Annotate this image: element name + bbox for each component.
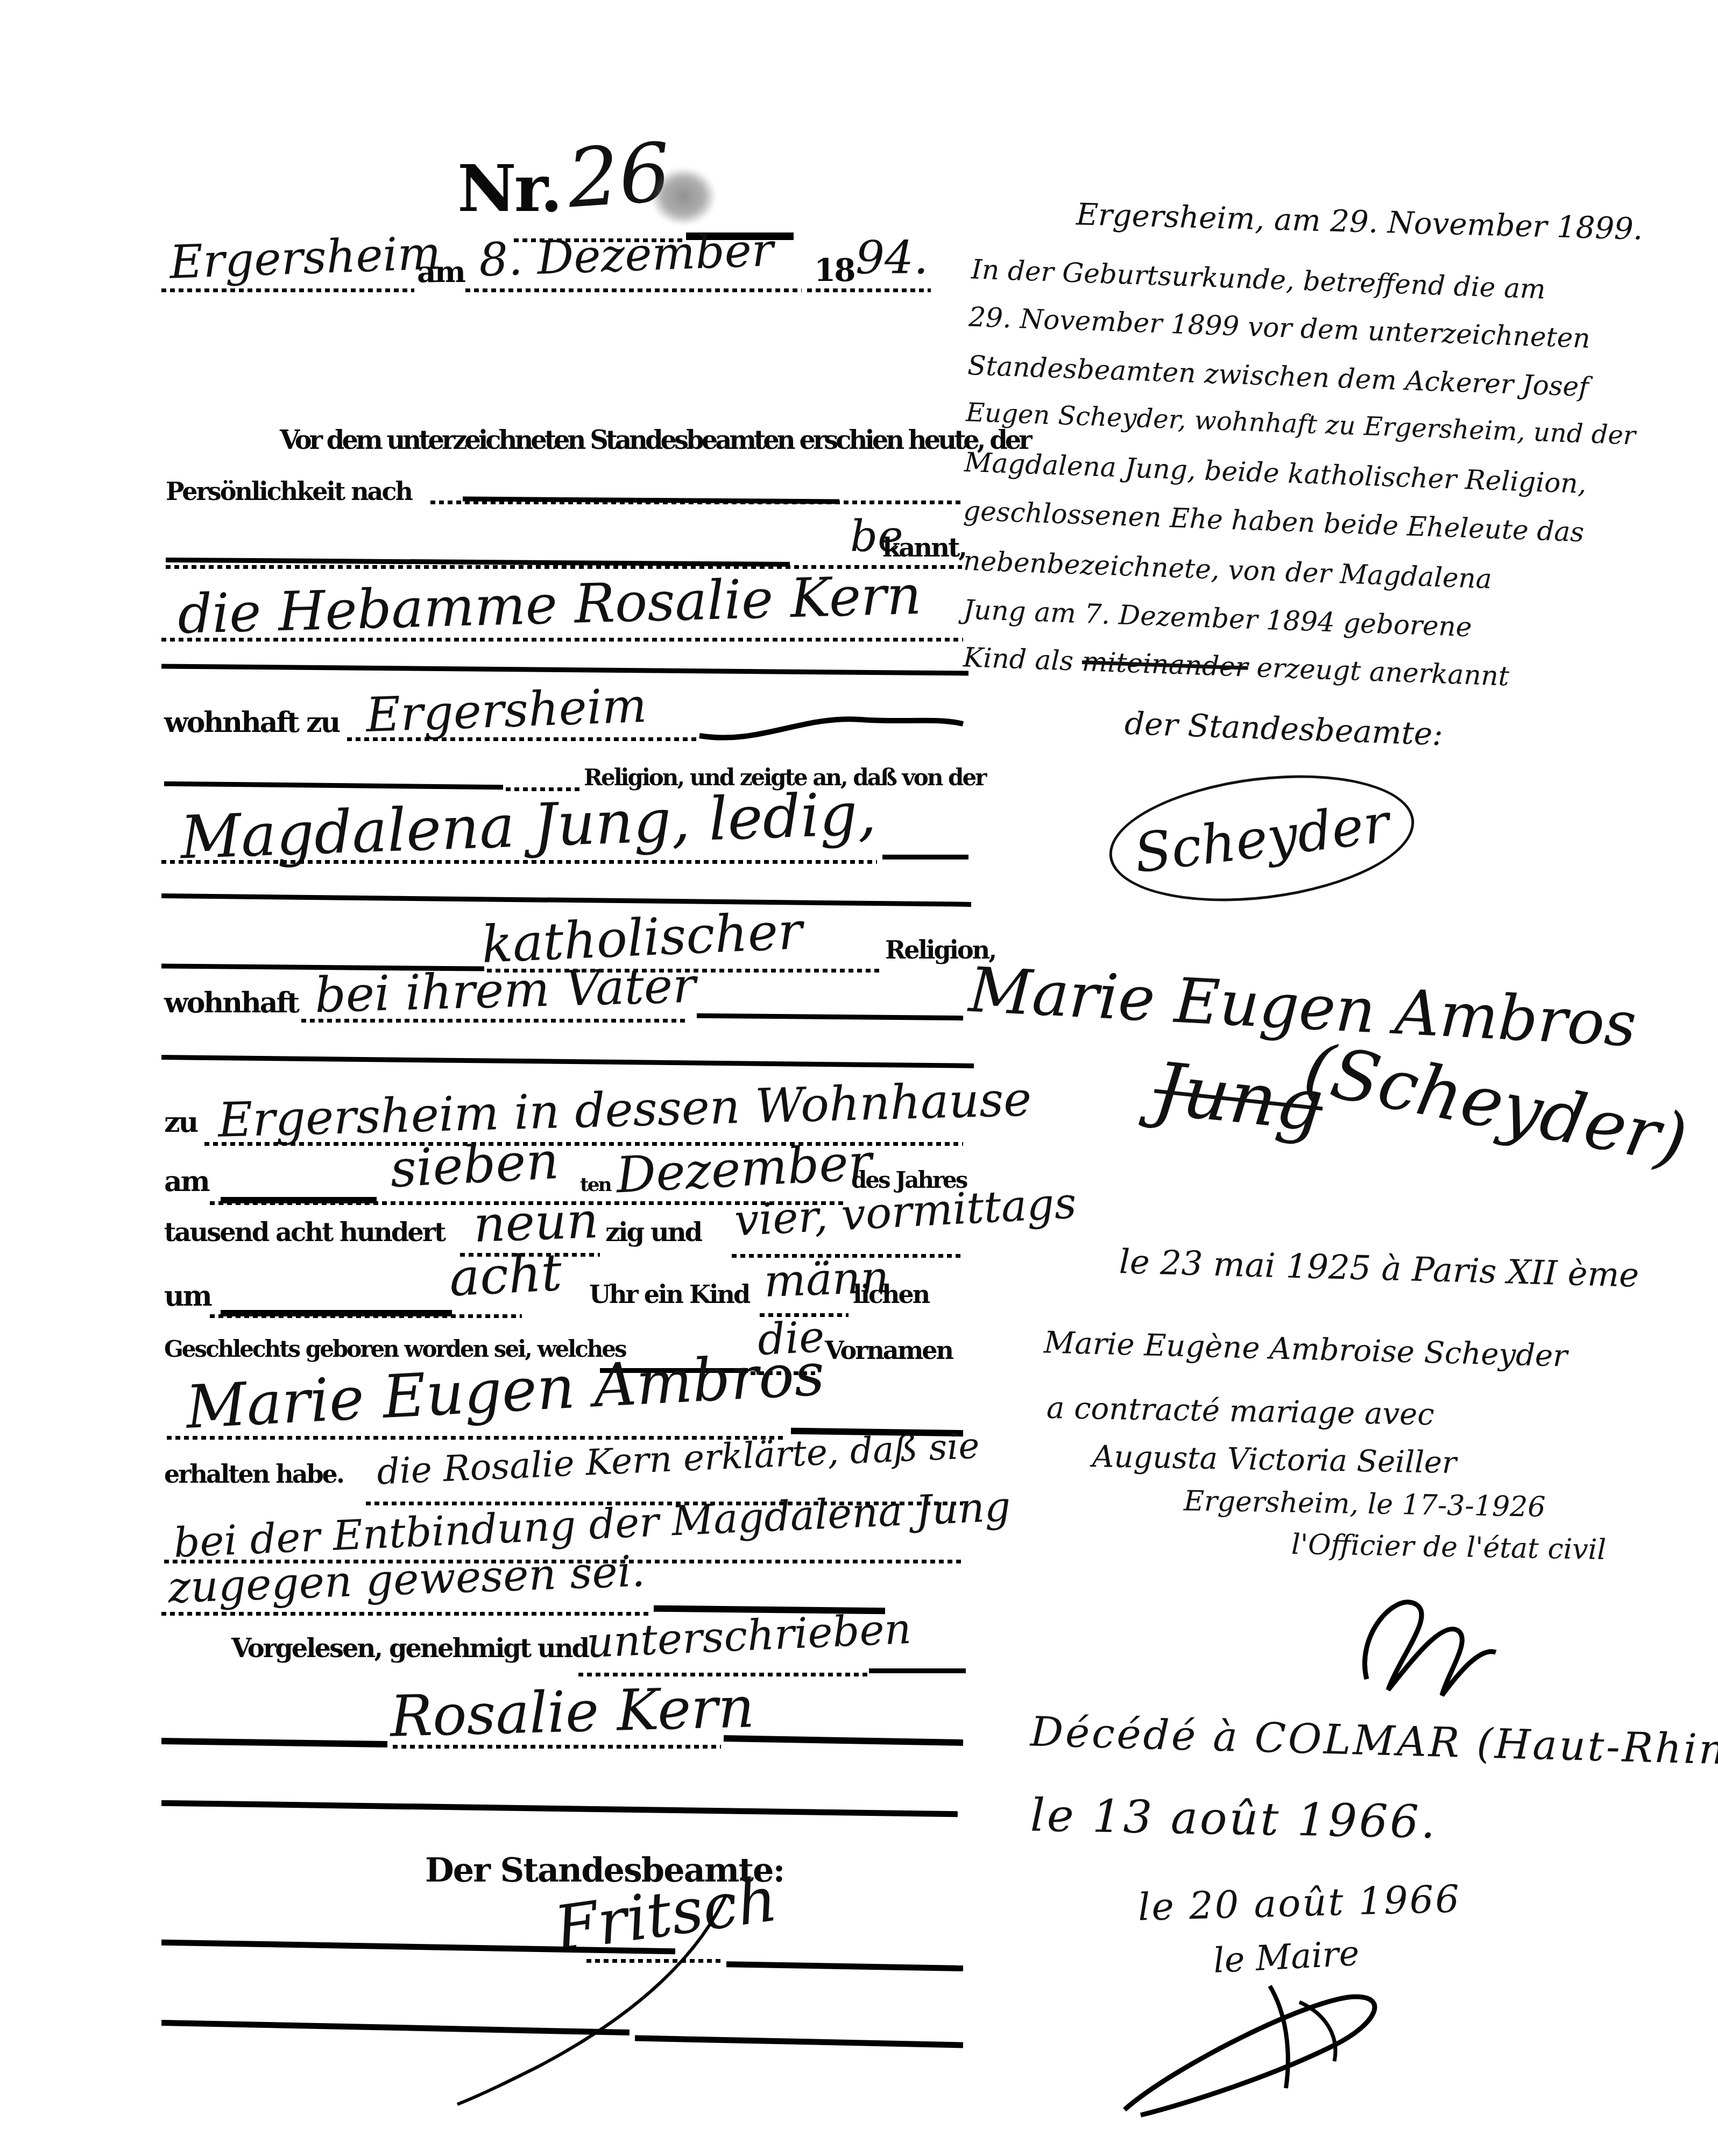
tausend-printed: tausend acht hundert: [164, 1217, 444, 1248]
margin-note-line-8: nebenbezeichnete, von der Magdalena: [963, 545, 1492, 595]
zu-label: zu: [164, 1106, 197, 1139]
vornamen-printed: Vornamen: [825, 1336, 952, 1365]
margin-note-line-9: Jung am 7. Dezember 1894 geborene: [963, 594, 1472, 643]
birth-record-page: Nr. 26 Ergersheim am 8. Dezember 18 94. …: [0, 0, 1718, 2156]
margin-note-line-7: geschlossenen Ehe haben beide Eheleute d…: [963, 495, 1585, 548]
hour-solid-line: [221, 1310, 452, 1316]
empty-line-3: [161, 1055, 974, 1068]
empty-line-1: [161, 664, 968, 675]
erhalten-habe-printed: erhalten habe.: [164, 1460, 343, 1489]
hour-handwritten: acht: [448, 1243, 563, 1308]
scheyder-signature-oval: Scheyder: [1102, 759, 1421, 917]
year-printed: 18: [814, 252, 854, 288]
margin-note-line-4: Standesbeamten zwischen dem Ackerer Jose…: [967, 350, 1589, 403]
am2-label: am: [164, 1165, 209, 1198]
margin-note-line-1: Ergersheim, am 29. November 1899.: [1076, 197, 1643, 247]
residence-dotted-line: [347, 737, 697, 741]
officier-signature-flourish: [1334, 1572, 1507, 1711]
scheyder-signature: Scheyder: [1131, 791, 1392, 885]
kern-dotted-line: [393, 1745, 721, 1749]
fritsch-signature-tail: [447, 1873, 769, 2115]
death-note-line-1: Décédé à COLMAR (Haut-Rhin): [1030, 1708, 1718, 1774]
registrar-line-1-dotted: [586, 1959, 721, 1963]
margin-note-line-5: Eugen Scheyder, wohnhaft zu Ergersheim, …: [965, 397, 1636, 450]
maire-signature-flourish: [1108, 1964, 1410, 2126]
declarant-handwritten: die Hebamme Rosalie Kern: [177, 563, 922, 646]
marriage-note-line-1: le 23 mai 1925 à Paris XII ème: [1119, 1242, 1639, 1294]
witness-handwritten-1: die Rosalie Kern erklärte, daß sie: [376, 1425, 980, 1493]
marriage-note-line-5: Ergersheim, le 17-3-1926: [1184, 1485, 1546, 1524]
kern-solid-line-right: [724, 1735, 963, 1746]
religion-heavy-line: [164, 781, 503, 790]
margin-note-line-3: 29. November 1899 vor dem unterzeichnete…: [968, 301, 1590, 354]
intro-line: Vor dem unterzeichneten Standesbeamten e…: [280, 425, 1030, 455]
annotation-child-name: Marie Eugen Ambros: [967, 954, 1638, 1061]
death-note-line-3: le 20 août 1966: [1137, 1877, 1461, 1929]
lichen-printed: lichen: [853, 1280, 929, 1309]
kern-solid-line-left: [161, 1738, 387, 1748]
declarant-dotted-line: [161, 638, 963, 642]
residence-handwritten: Ergersheim: [365, 678, 648, 743]
anerkannt-text: erzeugt anerkannt: [1256, 652, 1509, 692]
year-dotted-line: [807, 288, 931, 292]
date-dotted-line: [465, 288, 802, 292]
margin-registrar-label: der Standesbeamte:: [1124, 705, 1444, 753]
kern-signature: Rosalie Kern: [390, 1674, 755, 1750]
uhr-ein-kind-printed: Uhr ein Kind: [589, 1280, 749, 1309]
witness-dotted-line-3: [161, 1612, 651, 1616]
identity-dotted-line: [430, 501, 963, 504]
marriage-note-line-2: Marie Eugène Ambroise Scheyder: [1043, 1325, 1567, 1373]
margin-note-line-6: Magdalena Jung, beide katholischer Relig…: [964, 447, 1587, 499]
marriage-note-line-3: a contracté mariage avec: [1046, 1391, 1434, 1433]
margin-note-line-2: In der Geburtsurkunde, betreffend die am: [971, 253, 1546, 305]
marriage-note-line-6: l'Officier de l'état civil: [1291, 1528, 1607, 1566]
vorgelesen-printed: Vorgelesen, genehmigt und: [231, 1633, 588, 1664]
marriage-note-line-4: Augusta Victoria Seiller: [1092, 1439, 1457, 1481]
date-handwritten: 8. Dezember: [478, 223, 774, 287]
struck-word: miteinander: [1081, 646, 1249, 683]
year-handwritten: 94.: [856, 231, 928, 285]
um-label: um: [164, 1280, 211, 1313]
kannt-printed: kannt,: [882, 533, 966, 563]
dwelling-dotted-line: [301, 1019, 689, 1023]
kind-als-text: Kind als: [963, 642, 1074, 677]
margin-note-line-10: Kind als miteinander erzeugt anerkannt: [963, 642, 1510, 692]
day-solid-line: [221, 1197, 377, 1203]
residence-wavy-line: [699, 708, 963, 745]
am-label: am: [417, 254, 464, 289]
death-note-line-2: le 13 août 1966.: [1030, 1788, 1438, 1848]
mother-dotted-line: [161, 860, 877, 864]
mother-handwritten: Magdalena Jung, ledig,: [179, 779, 877, 872]
mother-solid-line: [882, 855, 968, 859]
ink-smudge: [638, 156, 729, 237]
day-handwritten: sieben: [388, 1131, 560, 1199]
birthplace-handwritten: Ergersheim in dessen Wohnhause: [217, 1071, 1033, 1148]
record-number-label: Nr.: [457, 151, 561, 227]
persoenlichkeit-label: Persönlichkeit nach: [166, 477, 412, 506]
place-handwritten: Ergersheim: [168, 227, 442, 290]
place-dotted-line: [161, 288, 414, 292]
empty-line-4: [161, 1800, 958, 1817]
wohnhaft-label: wohnhaft: [164, 987, 298, 1019]
dwelling-solid-line: [697, 1013, 963, 1020]
vorgelesen-solid-line: [869, 1668, 966, 1673]
dwelling-handwritten: bei ihrem Vater: [314, 957, 697, 1024]
wohnhaft-zu-label: wohnhaft zu: [164, 706, 339, 739]
empty-line-2: [161, 893, 971, 907]
zig-und-printed: zig und: [605, 1217, 701, 1248]
